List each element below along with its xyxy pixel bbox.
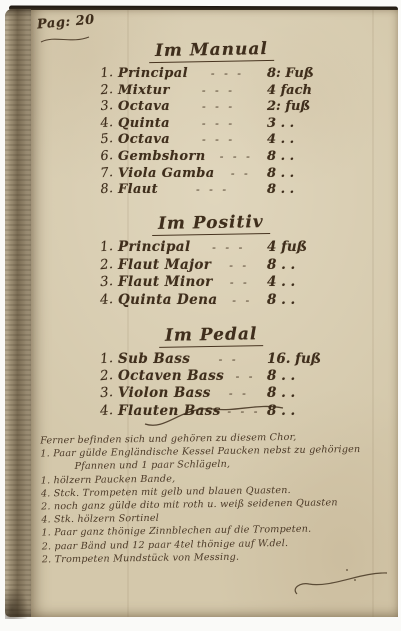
pedal-underline-flourish [139,400,289,432]
section-title: Im Manual [93,40,329,62]
stop-row: 1.Principal- - -4 fuß [93,239,329,257]
stop-row: 3.Octava- - -2: fuß [93,99,329,116]
stop-row: 2.Flaut Major- -8 . . [93,257,329,275]
stop-row: 6.Gembshorn- - -8 . . [93,149,329,166]
stop-list: 1.Principal- - -4 fuß 2.Flaut Major- -8 … [93,239,329,309]
inventory-notes: Ferner befinden sich und gehören zu dies… [40,430,392,567]
book: Pag: 20 Im Manual 1.Principal- - -8: Fuß… [5,6,398,619]
stop-row: 1.Principal- - -8: Fuß [93,66,329,83]
section-manual: Im Manual 1.Principal- - -8: Fuß 2.Mixtu… [93,40,329,199]
stop-row: 8.Flaut- - -8 . . [93,182,329,199]
stop-row: 5.Octava- - -4 . . [93,132,329,149]
section-positiv: Im Positiv 1.Principal- - -4 fuß 2.Flaut… [93,213,329,309]
signature-paraph-flourish [289,558,393,602]
page-number: Pag: 20 [36,13,95,33]
stop-list: 1.Principal- - -8: Fuß 2.Mixtur- - -4 fa… [93,66,329,199]
section-title: Im Positiv [93,213,329,235]
stop-row: 3.Flaut Minor- -4 . . [93,274,329,292]
section-title: Im Pedal [93,325,329,347]
manuscript-page: Pag: 20 Im Manual 1.Principal- - -8: Fuß… [31,10,398,617]
stop-row: 2.Octaven Bass- -8 . . [93,368,329,385]
stop-row: 7.Viola Gamba- -8 . . [93,166,329,183]
stop-row: 2.Mixtur- - -4 fach [93,83,329,100]
book-spine-edge [5,9,31,617]
stop-row: 4.Quinta Dena- -8 . . [93,292,329,310]
manuscript-scan: Pag: 20 Im Manual 1.Principal- - -8: Fuß… [0,0,401,631]
stop-row: 4.Quinta- - -3 . . [93,116,329,133]
stop-row: 1.Sub Bass- -16. fuß [93,351,329,368]
page-number-flourish [39,34,91,44]
